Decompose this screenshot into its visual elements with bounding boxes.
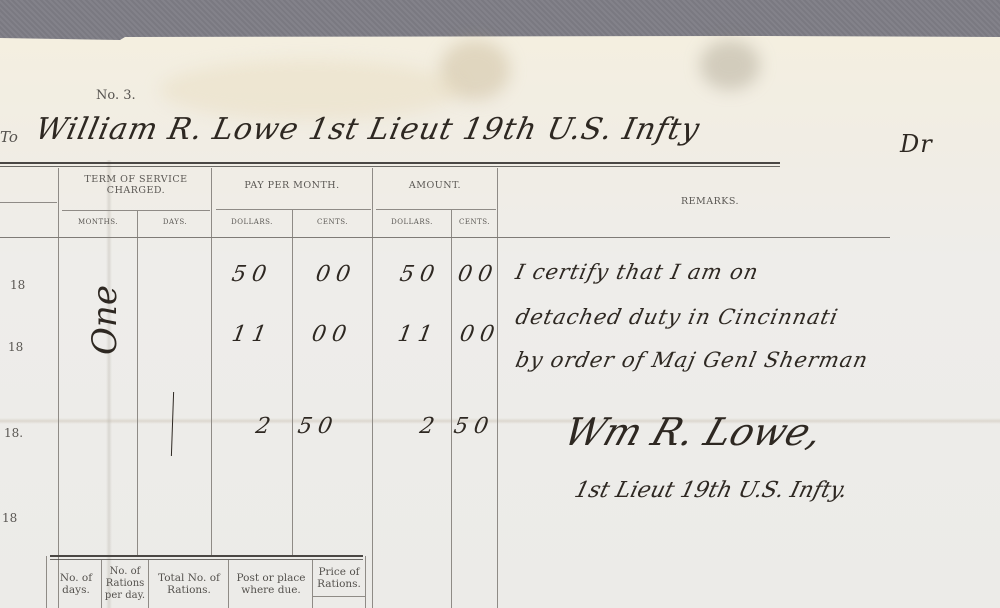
paper-fold: [0, 418, 1000, 424]
header-double-rule: [0, 162, 780, 164]
column-line: [292, 210, 293, 556]
header-rule: [0, 202, 57, 203]
row2-pay-dollars: 11: [230, 322, 274, 347]
rations-header-per-day: No. of Rations per day.: [102, 566, 148, 602]
signature-rank: 1st Lieut 19th U.S. Infty.: [572, 478, 850, 503]
row2-pay-cents: 00: [310, 322, 354, 347]
form-number: No. 3.: [96, 88, 136, 103]
row3-pay-cents: 50: [296, 414, 340, 439]
background-fabric: [0, 0, 1000, 40]
months-entry: One: [85, 285, 125, 355]
column-line: [211, 168, 212, 556]
subheader-pay-cents: CENTS.: [294, 218, 371, 226]
year-label: 18: [10, 278, 25, 292]
column-line: [148, 560, 149, 608]
column-line: [228, 560, 229, 608]
remark-line-1: I certify that I am on: [513, 260, 761, 284]
row1-pay-cents: 00: [314, 262, 358, 287]
paper-fold: [106, 160, 112, 608]
column-line: [451, 210, 452, 608]
rations-header-post: Post or place where due.: [232, 572, 310, 596]
price-sub-rule: [313, 596, 365, 597]
column-line: [137, 210, 138, 556]
remark-line-2: detached duty in Cincinnati: [513, 305, 840, 329]
year-label: 18: [8, 340, 23, 354]
to-label: To: [0, 128, 18, 146]
remark-line-3: by order of Maj Genl Sherman: [513, 348, 870, 372]
subheader-rule: [0, 237, 890, 238]
header-rule: [62, 210, 210, 211]
signature: Wm R. Lowe,: [559, 410, 828, 454]
column-line: [58, 168, 59, 608]
row3-amount-cents: 50: [452, 414, 496, 439]
header-rule: [376, 209, 496, 210]
rations-double-rule: [50, 559, 363, 560]
subheader-days: DAYS.: [139, 218, 211, 226]
header-double-rule: [0, 166, 780, 167]
debtor-mark: Dr: [900, 130, 933, 158]
column-line: [365, 556, 366, 608]
column-line: [372, 168, 373, 608]
column-line: [46, 556, 47, 608]
stain-mark: [700, 40, 760, 90]
rations-header-total: Total No. of Rations.: [152, 572, 226, 596]
stain-mark: [160, 60, 460, 120]
header-amount: AMOUNT.: [374, 180, 496, 191]
year-label: 18.: [4, 426, 23, 440]
header-rule: [216, 209, 371, 210]
payee-handwritten: William R. Lowe 1st Lieut 19th U.S. Inft…: [32, 112, 703, 147]
rations-double-rule: [50, 555, 363, 557]
subheader-amount-cents: CENTS.: [452, 218, 497, 226]
subheader-months: MONTHS.: [60, 218, 136, 226]
rations-header-days: No. of days.: [52, 572, 100, 596]
row2-amount-dollars: 11: [396, 322, 440, 347]
header-pay-per-month: PAY PER MONTH.: [214, 180, 370, 191]
column-line: [312, 560, 313, 608]
header-remarks: REMARKS.: [620, 196, 800, 207]
header-term-of-service: TERM OF SERVICE CHARGED.: [64, 174, 208, 196]
rations-header-price: Price of Rations.: [314, 566, 364, 590]
row1-amount-dollars: 50: [398, 262, 442, 287]
year-label: 18: [2, 511, 17, 525]
row2-amount-cents: 00: [458, 322, 502, 347]
row1-pay-dollars: 50: [230, 262, 274, 287]
subheader-pay-dollars: DOLLARS.: [213, 218, 291, 226]
subheader-amount-dollars: DOLLARS.: [374, 218, 450, 226]
column-line: [497, 168, 498, 608]
row1-amount-cents: 00: [456, 262, 500, 287]
